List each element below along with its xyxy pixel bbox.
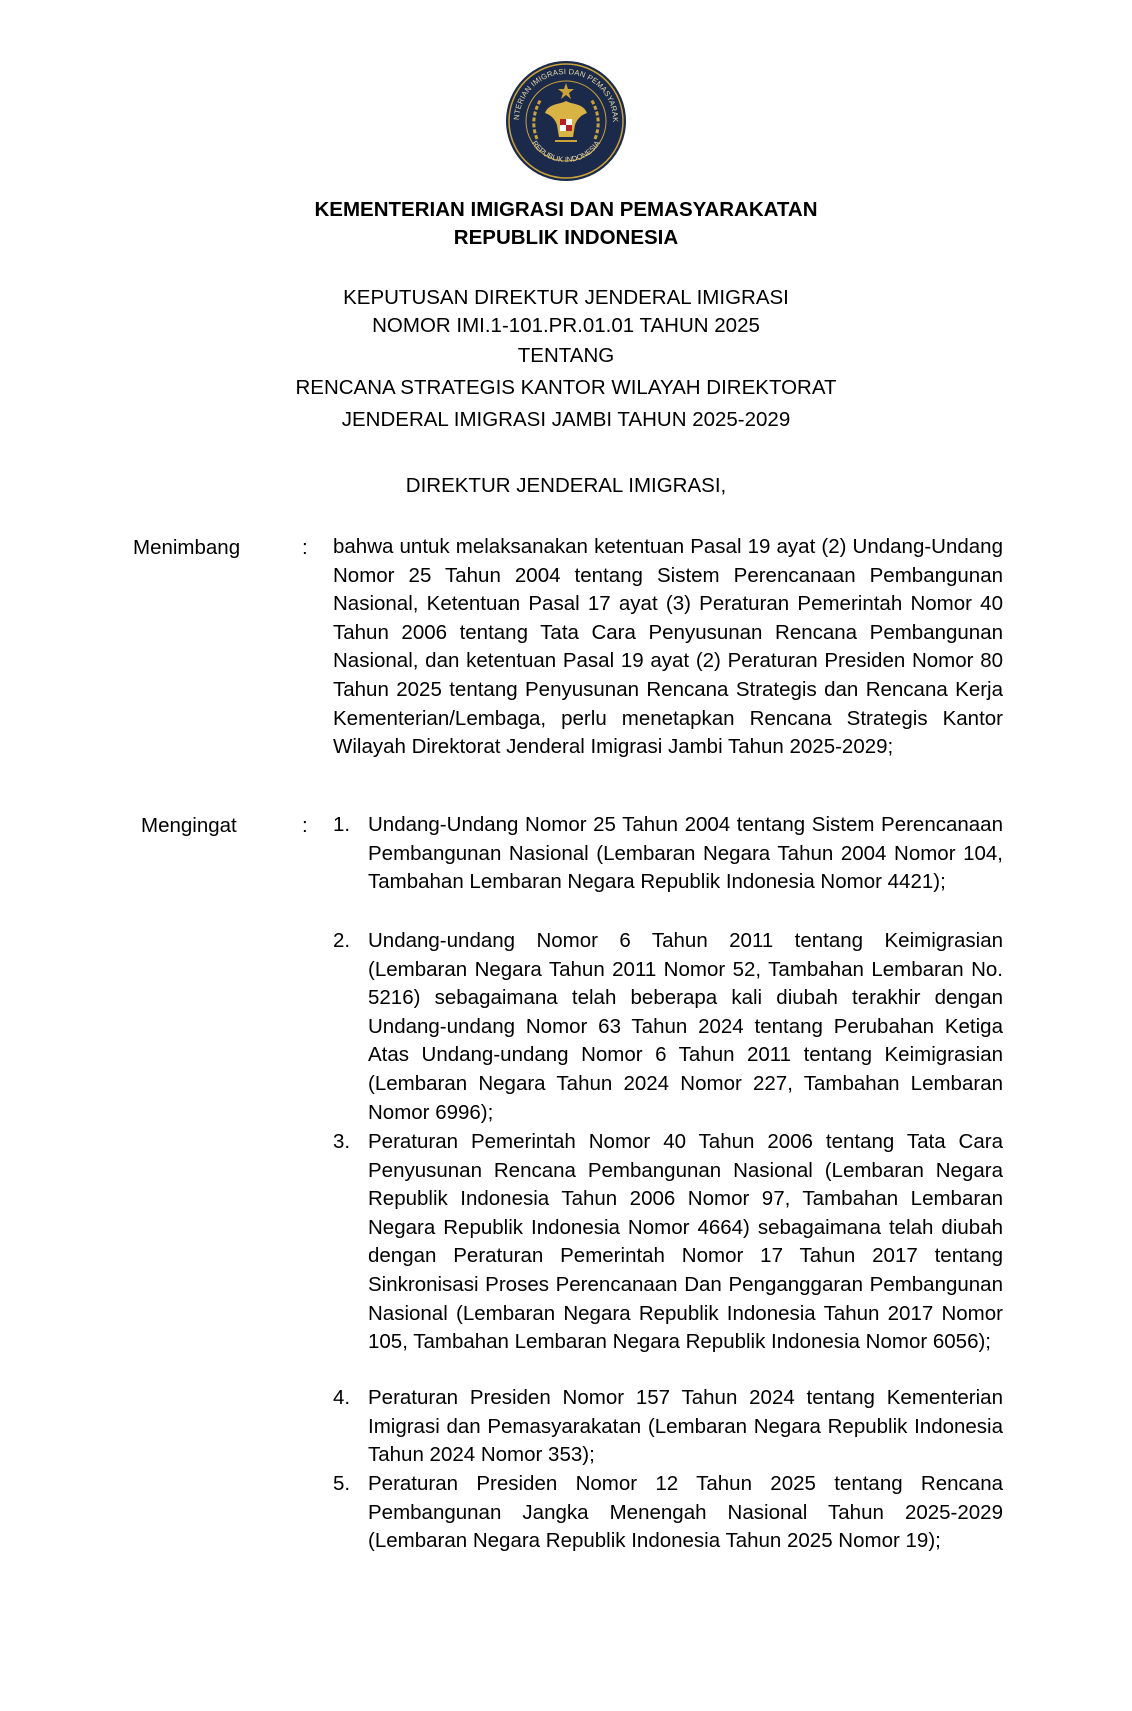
item-text: Peraturan Pemerintah Nomor 40 Tahun 2006… — [368, 1128, 1003, 1357]
mengingat-item: 5. Peraturan Presiden Nomor 12 Tahun 202… — [333, 1470, 1003, 1556]
ministry-emblem-icon: KEMENTERIAN IMIGRASI DAN PEMASYARAKATAN … — [499, 59, 633, 183]
mengingat-item: 3. Peraturan Pemerintah Nomor 40 Tahun 2… — [333, 1128, 1003, 1357]
decree-issuer: DIREKTUR JENDERAL IMIGRASI, — [0, 474, 1132, 498]
menimbang-text: bahwa untuk melaksanakan ketentuan Pasal… — [333, 533, 1003, 762]
decree-type: KEPUTUSAN DIREKTUR JENDERAL IMIGRASI — [0, 286, 1132, 310]
mengingat-colon: : — [302, 814, 308, 838]
decree-number: NOMOR IMI.1-101.PR.01.01 TAHUN 2025 — [0, 314, 1132, 338]
mengingat-label: Mengingat — [141, 814, 237, 838]
mengingat-item: 2. Undang-undang Nomor 6 Tahun 2011 tent… — [333, 927, 1003, 1127]
item-number: 4. — [333, 1384, 363, 1413]
item-text: Undang-Undang Nomor 25 Tahun 2004 tentan… — [368, 811, 1003, 897]
item-number: 3. — [333, 1128, 363, 1157]
mengingat-item: 4. Peraturan Presiden Nomor 157 Tahun 20… — [333, 1384, 1003, 1470]
menimbang-colon: : — [302, 536, 308, 560]
ministry-title: KEMENTERIAN IMIGRASI DAN PEMASYARAKATAN — [0, 198, 1132, 222]
item-number: 2. — [333, 927, 363, 956]
decree-subject-line-1: RENCANA STRATEGIS KANTOR WILAYAH DIREKTO… — [0, 376, 1132, 400]
country-title: REPUBLIK INDONESIA — [0, 226, 1132, 250]
item-number: 1. — [333, 811, 363, 840]
mengingat-item: 1. Undang-Undang Nomor 25 Tahun 2004 ten… — [333, 811, 1003, 897]
decree-subject-line-2: JENDERAL IMIGRASI JAMBI TAHUN 2025-2029 — [0, 408, 1132, 432]
item-text: Peraturan Presiden Nomor 157 Tahun 2024 … — [368, 1384, 1003, 1470]
menimbang-label: Menimbang — [133, 536, 240, 560]
item-text: Peraturan Presiden Nomor 12 Tahun 2025 t… — [368, 1470, 1003, 1556]
decree-about: TENTANG — [0, 344, 1132, 368]
item-number: 5. — [333, 1470, 363, 1499]
item-text: Undang-undang Nomor 6 Tahun 2011 tentang… — [368, 927, 1003, 1127]
